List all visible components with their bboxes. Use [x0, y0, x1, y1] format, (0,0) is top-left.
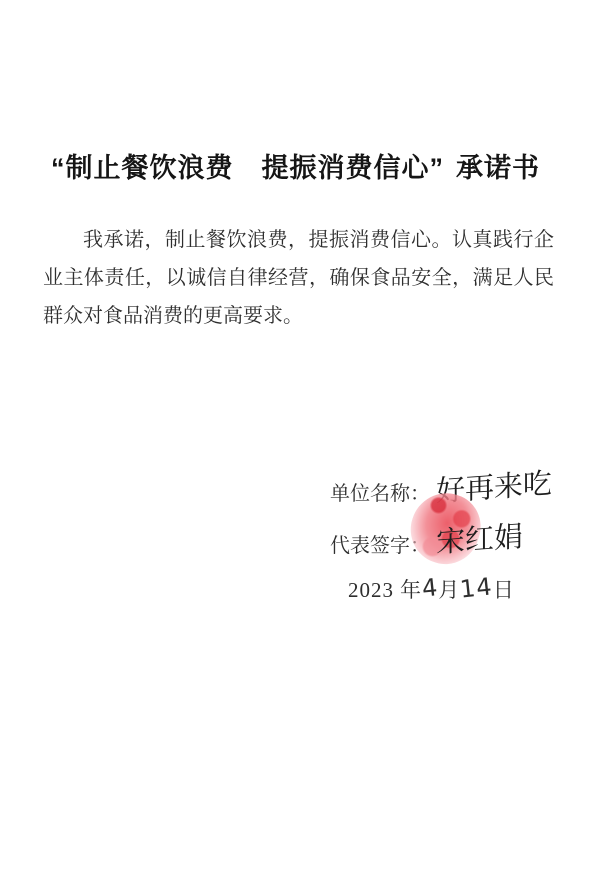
pledge-document-page: “制止餐饮浪费 提振消费信心”承诺书 我承诺，制止餐饮浪费，提振消费信心。认真践… — [0, 0, 591, 886]
representative-signature-handwritten-value: 宋红娟 — [436, 514, 523, 561]
title-suffix: 承诺书 — [456, 153, 540, 183]
pledge-paragraph: 我承诺，制止餐饮浪费，提振消费信心。认真践行企业主体责任，以诚信自律经营，确保食… — [43, 221, 554, 335]
document-title: “制止餐饮浪费 提振消费信心”承诺书 — [0, 146, 591, 185]
date-year-unit: 年 — [400, 578, 422, 602]
date-year: 2023 — [348, 578, 394, 602]
unit-name-label: 单位名称： — [330, 483, 430, 505]
date-day-unit: 日 — [493, 578, 515, 602]
date-day-handwritten: 14 — [459, 572, 494, 603]
date-month-handwritten: 4 — [421, 573, 440, 603]
date-month-unit: 月 — [438, 578, 460, 602]
date-line: 2023年4月14日 — [348, 574, 515, 604]
title-quoted-slogan: “制止餐饮浪费 提振消费信心” — [51, 153, 444, 183]
